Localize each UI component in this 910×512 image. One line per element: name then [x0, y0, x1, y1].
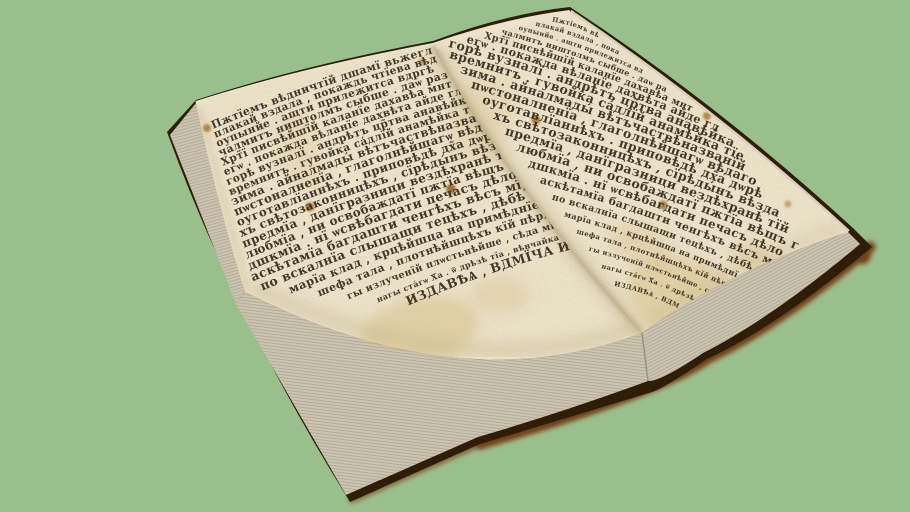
book-3d-render: Пжтїемъ вѣдничтїй дшамї вьжеглѣнїеплакай…: [0, 0, 910, 512]
3d-viewport[interactable]: Пжтїемъ вѣдничтїй дшамї вьжеглѣнїеплакай…: [0, 0, 910, 512]
